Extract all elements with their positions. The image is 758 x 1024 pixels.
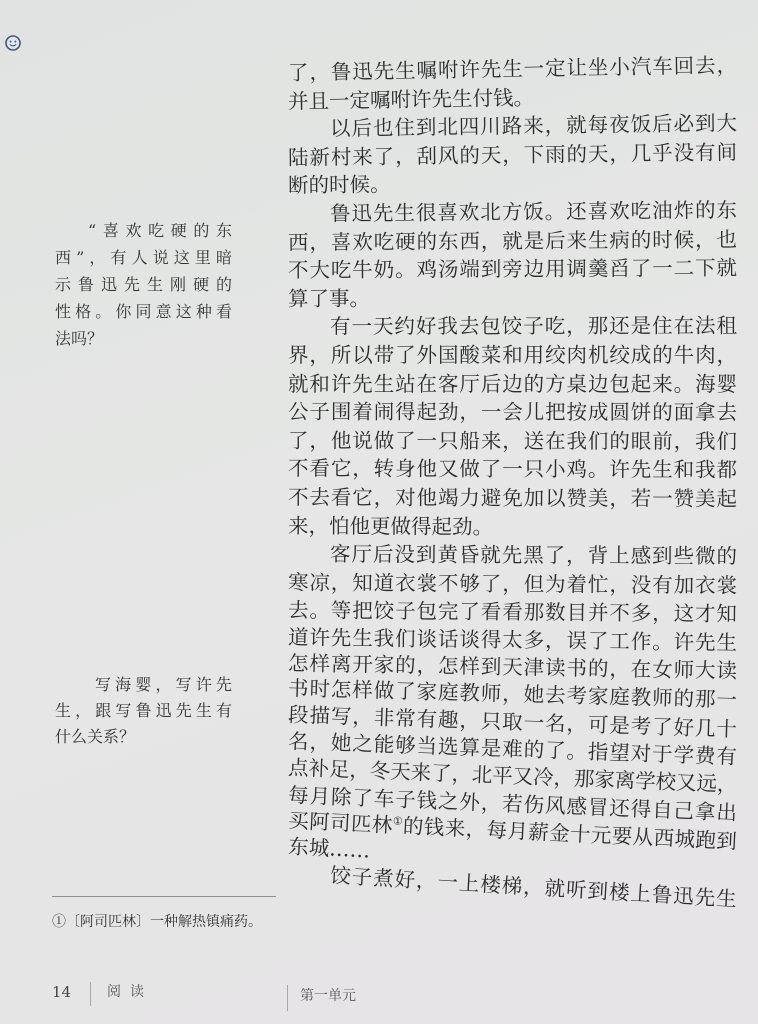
text-line: 断的时候。 — [288, 167, 737, 200]
text-line: 就和许先生站在客厅后边的方桌边包起来。海婴 — [288, 370, 737, 399]
text-line: 寒凉，知道衣裳不够了，但为着忙，没有加衣裳 — [288, 568, 737, 600]
text-line: 公子围着闹得起劲，一会儿把按成圆饼的面拿去 — [288, 398, 737, 427]
footnote-text: ①〔阿司匹林〕一种解热镇痛药。 — [52, 912, 262, 932]
text-segment: 买阿司匹林 — [288, 808, 394, 837]
margin-note-question-2: 写海婴，写许先 生，跟写鲁迅先生有 什么关系？ — [55, 672, 232, 750]
text-line: 有一天约好我去包饺子吃，那还是住在法租 — [288, 312, 737, 341]
footer-divider — [90, 982, 91, 1006]
main-text: 了，鲁迅先生嘱咐许先生一定让坐小汽车回去， 并且一定嘱咐许先生付钱。 以后也住到… — [288, 55, 737, 900]
footnote-ref: ① — [393, 814, 404, 827]
margin-note-line: 西”，有人说这里暗 — [55, 244, 232, 271]
text-line: 客厅后没到黄昏就先黑了，背上感到些微的 — [288, 540, 737, 571]
margin-note-line: 性格。你同意这种看 — [55, 298, 232, 325]
margin-note-line: 示鲁迅先生刚硬的 — [55, 271, 232, 298]
page-number: 14 — [52, 982, 71, 1002]
margin-note-line: 什么关系？ — [55, 724, 232, 750]
text-line: 不看它，转身他又做了一只小鸡。许先生和我都 — [288, 455, 737, 485]
margin-note-question-1: “喜欢吃硬的东 西”，有人说这里暗 示鲁迅先生刚硬的 性格。你同意这种看 法吗？ — [55, 217, 232, 352]
text-line: 界，所以带了外国酸菜和用绞肉机绞成的牛肉， — [288, 341, 737, 370]
textbook-page: “喜欢吃硬的东 西”，有人说这里暗 示鲁迅先生刚硬的 性格。你同意这种看 法吗？… — [0, 0, 758, 1024]
footer-divider — [287, 985, 288, 1011]
footnote-divider — [52, 896, 276, 897]
text-line: 鲁迅先生很喜欢北方饭。还喜欢吃油炸的东 — [288, 196, 737, 229]
footer-unit-label: 第一单元 — [300, 986, 356, 1006]
smiley-face-icon — [4, 34, 22, 52]
text-line: 不去看它，对他竭力避免加以赞美，若一赞美起 — [288, 483, 737, 513]
margin-note-line: 法吗？ — [55, 325, 232, 352]
footer-section-label: 阅读 — [107, 982, 153, 1002]
margin-note-line: 写海婴，写许先 — [55, 672, 232, 698]
text-line: 去。等把饺子包完了看看那数目并不多，这才知 — [288, 596, 737, 629]
text-line: 来，怕他更做得起劲。 — [288, 511, 737, 542]
text-line: 算了事。 — [288, 283, 737, 313]
margin-note-line: “喜欢吃硬的东 — [55, 217, 232, 244]
text-line: 不大吃牛奶。鸡汤端到旁边用调羹舀了一二下就 — [288, 254, 737, 285]
margin-note-line: 生，跟写鲁迅先生有 — [55, 698, 232, 724]
text-line: 西，喜欢吃硬的东西，就是后来生病的时候，也 — [288, 225, 737, 257]
text-line: 了，他说做了一只船来，送在我们的眼前，我们 — [288, 426, 737, 455]
